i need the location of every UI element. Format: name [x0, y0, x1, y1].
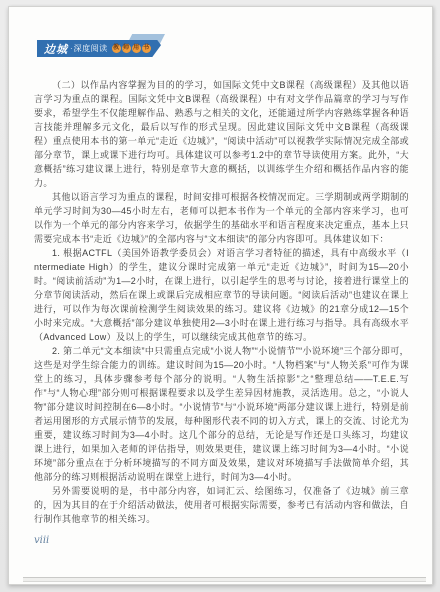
- scanned-page-background: 边城 · 深度阅读 教 师 用 书 （二）以作品内容掌握为目的的学习，如国际文凭…: [0, 0, 440, 592]
- separator-dot: ·: [70, 44, 73, 53]
- paragraph-ib-course: （二）以作品内容掌握为目的的学习，如国际文凭中文B课程（高级课程）及其他以语言学…: [34, 78, 409, 190]
- badge-group: 教 师 用 书: [111, 44, 151, 53]
- page-stack-edge: [23, 577, 426, 582]
- badge-char-4: 书: [142, 44, 151, 53]
- series-subtitle: 深度阅读: [74, 43, 108, 54]
- banner-ribbon: 边城 · 深度阅读 教 师 用 书: [37, 40, 161, 57]
- header-banner: 边城 · 深度阅读 教 师 用 书: [37, 34, 165, 64]
- paragraph-suggestion-2: 2. 第二单元“文本细读”中只需重点完成“小说人物”“小说情节”“小说环境”三个…: [34, 344, 409, 484]
- book-page: 边城 · 深度阅读 教 师 用 书 （二）以作品内容掌握为目的的学习，如国际文凭…: [8, 6, 433, 585]
- paragraph-suggestion-1: 1. 根据ACTFL（美国外语教学委员会）对语言学习者特征的描述，具有中高级水平…: [34, 246, 409, 344]
- series-title: 边城: [44, 41, 68, 57]
- body-text: （二）以作品内容掌握为目的的学习，如国际文凭中文B课程（高级课程）及其他以语言学…: [34, 78, 409, 526]
- badge-char-1: 教: [112, 44, 121, 53]
- paragraph-other-courses: 其他以语言学习为重点的课程，时间安排可根据各校情况而定。三学期制或两学期制的单元…: [34, 190, 409, 246]
- paragraph-note: 另外需要说明的是，书中部分内容，如词汇云、绘图练习，仅准备了《边城》前三章的，因…: [34, 484, 409, 526]
- badge-char-3: 用: [132, 44, 141, 53]
- page-number: viii: [34, 535, 49, 546]
- badge-char-2: 师: [122, 44, 131, 53]
